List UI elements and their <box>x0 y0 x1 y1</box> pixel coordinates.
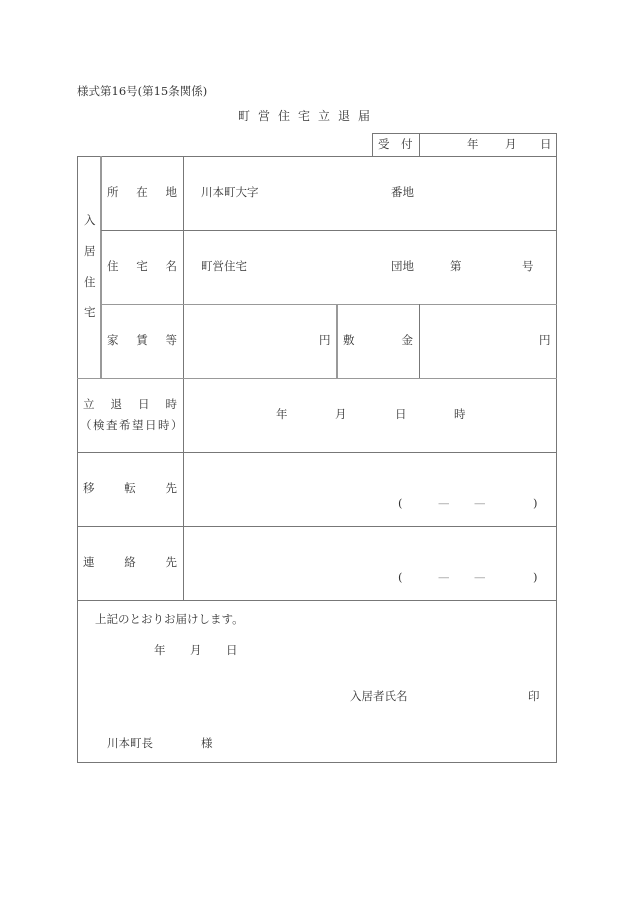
forwarding-phone-close: ) <box>533 498 538 510</box>
forwarding-phone-open: ( <box>398 498 403 510</box>
rent-unit: 円 <box>319 335 331 347</box>
location-prefix: 川本町大字 <box>201 187 259 199</box>
housing-name-prefix: 町営住宅 <box>201 261 247 273</box>
forwarding-label: 移転先 <box>83 483 177 495</box>
receipt-label: 受 付 <box>378 139 413 151</box>
addressee: 川本町長 <box>107 738 153 750</box>
resident-name-label: 入居者氏名 <box>350 691 408 703</box>
declaration-month: 月 <box>190 645 202 657</box>
addressee-honorific: 様 <box>201 738 213 750</box>
forwarding-phone-dash1: — <box>438 498 450 510</box>
housing-number-prefix: 第 <box>450 261 462 273</box>
location-input[interactable] <box>270 176 380 206</box>
contact-phone-dash1: — <box>438 572 450 584</box>
location-suffix: 番地 <box>391 187 414 199</box>
moveout-hour: 時 <box>454 409 466 421</box>
moveout-year: 年 <box>276 409 288 421</box>
declaration-statement: 上記のとおりお届けします。 <box>95 614 244 626</box>
deposit-label: 敷金 <box>343 335 413 347</box>
rent-label: 家賃等 <box>107 335 177 347</box>
receipt-day: 日 <box>540 139 552 151</box>
contact-phone-open: ( <box>398 572 403 584</box>
contact-phone-dash2: — <box>474 572 486 584</box>
declaration-day: 日 <box>226 645 238 657</box>
inspection-label: （検査希望日時） <box>80 420 184 432</box>
housing-number-suffix: 号 <box>522 261 534 273</box>
seal-mark: 印 <box>528 691 540 703</box>
contact-label: 連絡先 <box>83 557 177 569</box>
receipt-year: 年 <box>467 139 479 151</box>
page-title: 町営住宅立退届 <box>238 110 378 122</box>
declaration-year: 年 <box>154 645 166 657</box>
housing-name-label: 住宅名 <box>107 261 177 273</box>
moveout-label: 立退日時 <box>83 399 177 411</box>
moveout-month: 月 <box>335 409 347 421</box>
deposit-unit: 円 <box>539 335 551 347</box>
receipt-month: 月 <box>505 139 517 151</box>
location-label: 所在地 <box>107 187 177 199</box>
forwarding-phone-dash2: — <box>474 498 486 510</box>
housing-complex-suffix: 団地 <box>391 261 414 273</box>
form-number: 様式第16号(第15条関係) <box>77 86 207 98</box>
moveout-day: 日 <box>395 409 407 421</box>
contact-phone-close: ) <box>533 572 538 584</box>
